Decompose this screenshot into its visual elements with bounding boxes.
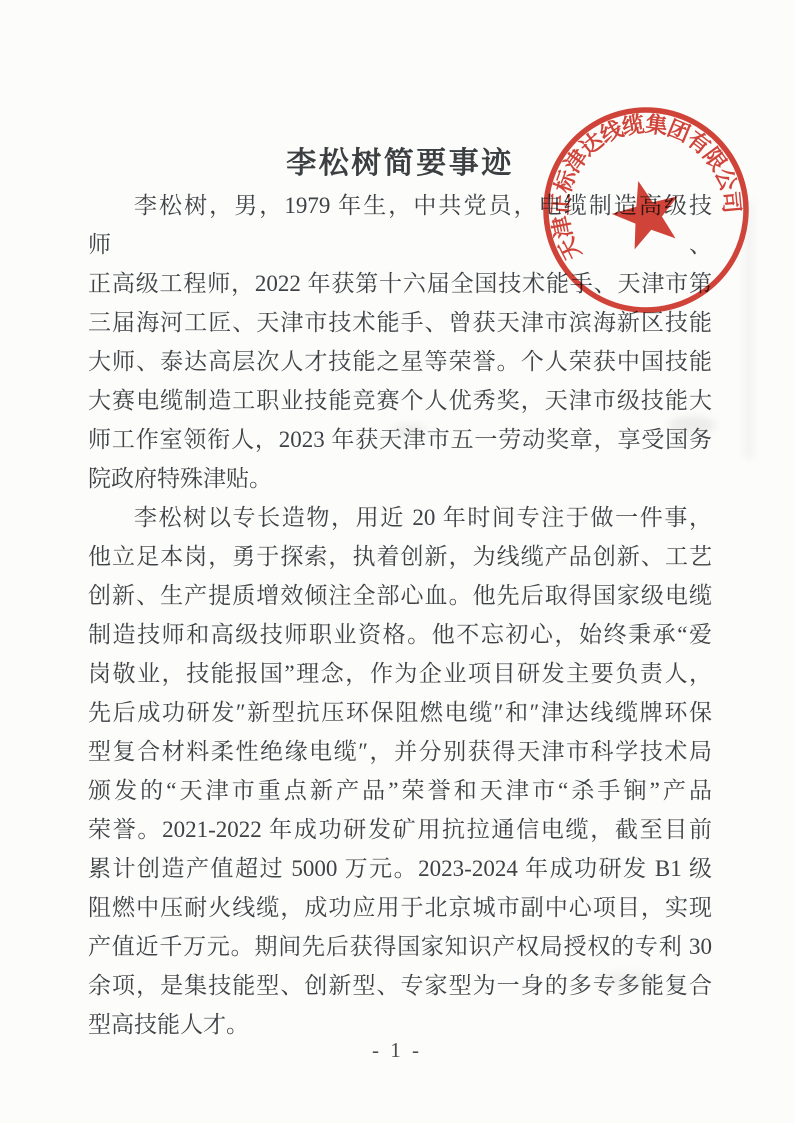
text-line: 大赛电缆制造工职业技能竞赛个人优秀奖，天津市级技能大: [88, 381, 712, 420]
scan-smudge: [392, 424, 426, 438]
text-line: 岗敬业，技能报国”理念，作为企业项目研发主要负责人，: [88, 654, 712, 693]
text-line: 李松树以专长造物，用近 20 年时间专注于做一件事，: [88, 498, 712, 537]
text-line: 荣誉。2021-2022 年成功研发矿用抗拉通信电缆，截至目前: [88, 810, 712, 849]
text-line: 创新、生产提质增效倾注全部心血。他先后取得国家级电缆: [88, 576, 712, 615]
document-body: 李松树，男，1979 年生，中共党员，电缆制造高级技师、正高级工程师，2022 …: [88, 186, 712, 1044]
scan-smudge: [744, 200, 754, 460]
text-line: 产值近千万元。期间先后获得国家知识产权局授权的专利 30: [88, 927, 712, 966]
text-line: 三届海河工匠、天津市技术能手、曾获天津市滨海新区技能: [88, 303, 712, 342]
text-line: 大师、泰达高层次人才技能之星等荣誉。个人荣获中国技能: [88, 342, 712, 381]
document-page: 李松树简要事迹 李松树，男，1979 年生，中共党员，电缆制造高级技师、正高级工…: [0, 0, 794, 1123]
document-title: 李松树简要事迹: [88, 138, 712, 182]
text-line: 他立足本岗，勇于探索，执着创新，为线缆产品创新、工艺: [88, 537, 712, 576]
text-line: 制造技师和高级技师职业资格。他不忘初心，始终秉承“爱: [88, 615, 712, 654]
page-number: - 1 -: [0, 1038, 794, 1063]
text-line: 阻燃中压耐火线缆，成功应用于北京城市副中心项目，实现: [88, 888, 712, 927]
scan-smudge: [598, 972, 658, 988]
text-line: 型复合材料柔性绝缘电缆″，并分别获得天津市科学技术局: [88, 732, 712, 771]
text-line: 院政府特殊津贴。: [88, 459, 712, 498]
text-line: 累计创造产值超过 5000 万元。2023-2024 年成功研发 B1 级: [88, 849, 712, 888]
text-line: 先后成功研发″新型抗压环保阻燃电缆″和″津达线缆牌环保: [88, 693, 712, 732]
scan-smudge: [668, 416, 716, 434]
text-line: 李松树，男，1979 年生，中共党员，电缆制造高级技师、: [88, 186, 712, 264]
text-line: 颁发的“天津市重点新产品”荣誉和天津市“杀手锏”产品: [88, 771, 712, 810]
text-line: 正高级工程师，2022 年获第十六届全国技术能手、天津市第: [88, 264, 712, 303]
